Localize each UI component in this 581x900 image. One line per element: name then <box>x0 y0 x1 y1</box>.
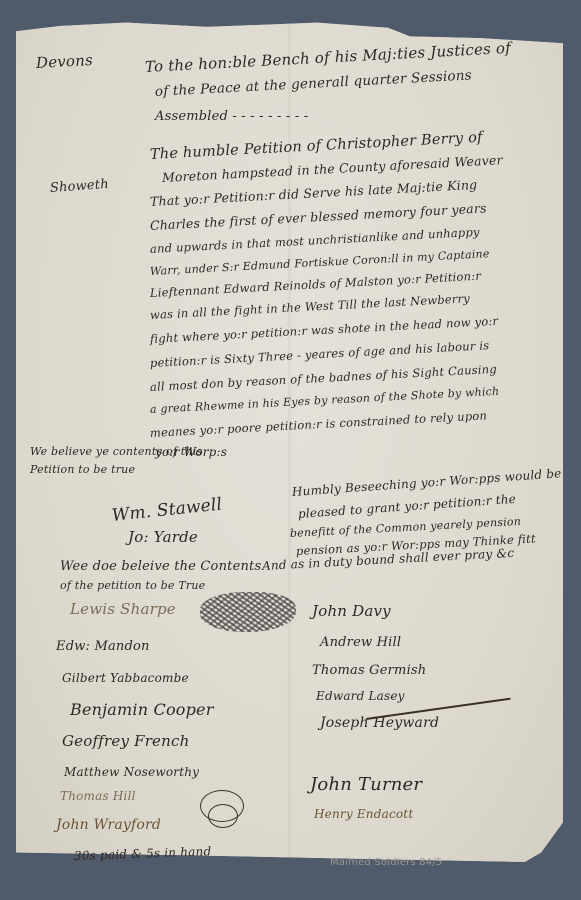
signature: Lewis Sharpe <box>70 602 176 617</box>
attestation-line-2: Petition to be true <box>30 464 135 475</box>
signature-flourish <box>208 804 238 828</box>
signature: Geoffrey French <box>62 734 189 749</box>
archive-reference: Maimed Soldiers 84/5 <box>330 858 442 868</box>
signature: John Wrayford <box>56 818 161 832</box>
signature: John Turner <box>310 776 422 794</box>
crossed-out-signature <box>200 592 296 632</box>
justice-signature-yarde: Jo: Yarde <box>128 530 198 545</box>
signature: John Davy <box>312 604 391 619</box>
attestation-line-1: We believe ye contents of this <box>30 446 202 457</box>
certification-line-1: Wee doe beleive the Contents <box>60 560 261 573</box>
signature: Andrew Hill <box>320 636 401 649</box>
showeth-label: Showeth <box>50 178 110 195</box>
signature: Gilbert Yabbacombe <box>62 672 189 684</box>
signature: Thomas Hill <box>60 790 136 802</box>
signature: Edw: Mandon <box>56 640 150 653</box>
signature: Benjamin Cooper <box>70 702 214 718</box>
certification-line-2: of the petition to be True <box>60 580 205 591</box>
signature: Matthew Noseworthy <box>64 766 199 778</box>
address-line-3: Assembled - - - - - - - - - <box>155 110 308 123</box>
signature: Edward Lasey <box>316 690 405 702</box>
county-heading: Devons <box>36 53 94 71</box>
payment-note: 30s paid & 5s in hand <box>74 845 212 862</box>
signature: Henry Endacott <box>314 808 413 820</box>
signature: Thomas Germish <box>312 664 426 677</box>
